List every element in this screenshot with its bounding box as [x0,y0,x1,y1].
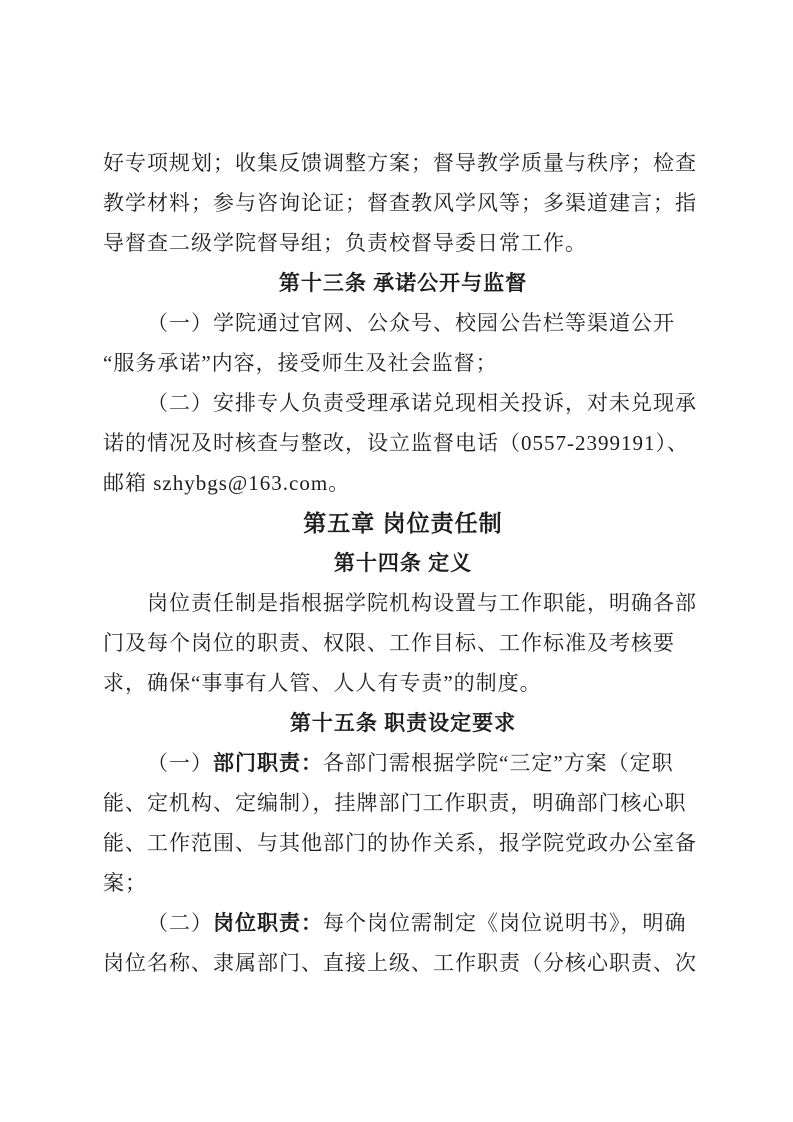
list-item-marker: （二） [147,911,213,935]
paragraph-line: 门及每个岗位的职责、权限、工作目标、工作标准及考核要 [103,623,703,663]
article-heading-13: 第十三条 承诺公开与监督 [103,263,703,303]
paragraph-line: 岗位责任制是指根据学院机构设置与工作职能，明确各部 [103,583,703,623]
document-page: 好专项规划；收集反馈调整方案；督导教学质量与秩序；检查 教学材料；参与咨询论证；… [0,0,793,1122]
paragraph-line: 邮箱 szhybgs@163.com。 [103,463,703,503]
paragraph-line: （一）学院通过官网、公众号、校园公告栏等渠道公开 [103,303,703,343]
article-heading-14: 第十四条 定义 [103,543,703,583]
paragraph-line: 求，确保“事事有人管、人人有专责”的制度。 [103,663,703,703]
paragraph-text: 每个岗位需制定《岗位说明书》，明确 [323,911,687,935]
paragraph-line: 教学材料；参与咨询论证；督查教风学风等；多渠道建言；指 [103,183,703,223]
paragraph-line: 诺的情况及时核查与整改，设立监督电话（0557-2399191）、 [103,423,703,463]
document-text-block: 好专项规划；收集反馈调整方案；督导教学质量与秩序；检查 教学材料；参与咨询论证；… [103,143,703,983]
paragraph-line: “服务承诺”内容，接受师生及社会监督； [103,343,703,383]
paragraph-line: 能、工作范围、与其他部门的协作关系，报学院党政办公室备 [103,823,703,863]
list-item-marker: （一） [147,751,213,775]
paragraph-line: （二）岗位职责：每个岗位需制定《岗位说明书》，明确 [103,903,703,943]
paragraph-text: 各部门需根据学院“三定”方案（定职 [323,751,674,775]
paragraph-line: 岗位名称、隶属部门、直接上级、工作职责（分核心职责、次 [103,943,703,983]
paragraph-line: （二）安排专人负责受理承诺兑现相关投诉，对未兑现承 [103,383,703,423]
paragraph-line: 案； [103,863,703,903]
paragraph-line: （一）部门职责：各部门需根据学院“三定”方案（定职 [103,743,703,783]
paragraph-line: 好专项规划；收集反馈调整方案；督导教学质量与秩序；检查 [103,143,703,183]
article-heading-15: 第十五条 职责设定要求 [103,703,703,743]
bold-term: 部门职责： [213,752,323,775]
paragraph-line: 能、定机构、定编制），挂牌部门工作职责，明确部门核心职 [103,783,703,823]
bold-term: 岗位职责： [213,912,323,935]
paragraph-line: 导督查二级学院督导组；负责校督导委日常工作。 [103,223,703,263]
chapter-heading-5: 第五章 岗位责任制 [103,503,703,543]
